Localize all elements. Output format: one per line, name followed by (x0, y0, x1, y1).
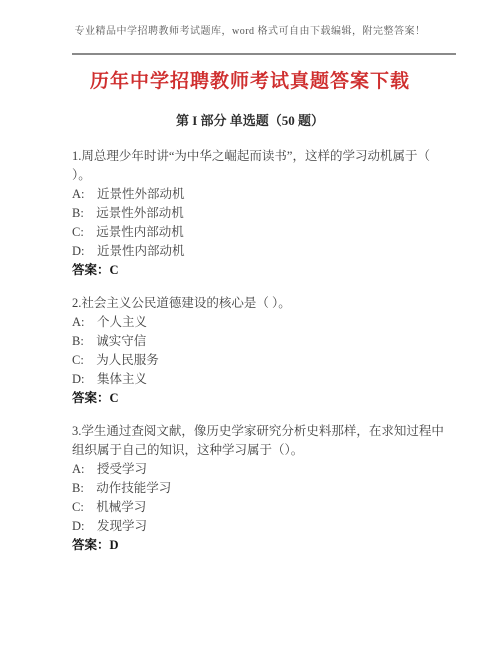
question-1-stem: 1.周总理少年时讲“为中华之崛起而读书”，这样的学习动机属于（ ）。 (72, 147, 445, 185)
question-3-option-c: C: 机械学习 (72, 498, 445, 517)
header-note: 专业精品中学招聘教师考试题库，word 格式可自由下载编辑，附完整答案！ (0, 0, 500, 38)
question-2-option-b: B: 诚实守信 (72, 332, 445, 351)
question-2-option-d: D: 集体主义 (72, 370, 445, 389)
question-1-option-b: B: 远景性外部动机 (72, 204, 445, 223)
question-3-answer: 答案：D (72, 536, 445, 555)
question-1-option-a: A: 近景性外部动机 (72, 185, 445, 204)
question-3-option-a: A: 授受学习 (72, 460, 445, 479)
question-3-option-d: D: 发现学习 (72, 517, 445, 536)
header-divider (72, 53, 456, 55)
question-1-option-c: C: 远景性内部动机 (72, 223, 445, 242)
question-2-answer: 答案：C (72, 389, 445, 408)
question-3-stem: 3.学生通过查阅文献，像历史学家研究分析史料那样，在求知过程中组织属于自己的知识… (72, 422, 445, 460)
question-1-option-d: D: 近景性内部动机 (72, 242, 445, 261)
question-block-3: 3.学生通过查阅文献，像历史学家研究分析史料那样，在求知过程中组织属于自己的知识… (72, 422, 445, 555)
section-heading: 第 I 部分 单选题（50 题） (0, 112, 500, 130)
question-2-option-a: A: 个人主义 (72, 313, 445, 332)
question-2-option-c: C: 为人民服务 (72, 351, 445, 370)
question-3-option-b: B: 动作技能学习 (72, 479, 445, 498)
question-2-stem: 2.社会主义公民道德建设的核心是（ ）。 (72, 294, 445, 313)
question-1-answer: 答案：C (72, 261, 445, 280)
question-block-1: 1.周总理少年时讲“为中华之崛起而读书”，这样的学习动机属于（ ）。 A: 近景… (72, 147, 445, 280)
page-title: 历年中学招聘教师考试真题答案下载 (0, 69, 500, 95)
question-block-2: 2.社会主义公民道德建设的核心是（ ）。 A: 个人主义 B: 诚实守信 C: … (72, 294, 445, 408)
document-page: 专业精品中学招聘教师考试题库，word 格式可自由下载编辑，附完整答案！ 历年中… (0, 0, 500, 647)
questions-area: 1.周总理少年时讲“为中华之崛起而读书”，这样的学习动机属于（ ）。 A: 近景… (72, 147, 445, 555)
